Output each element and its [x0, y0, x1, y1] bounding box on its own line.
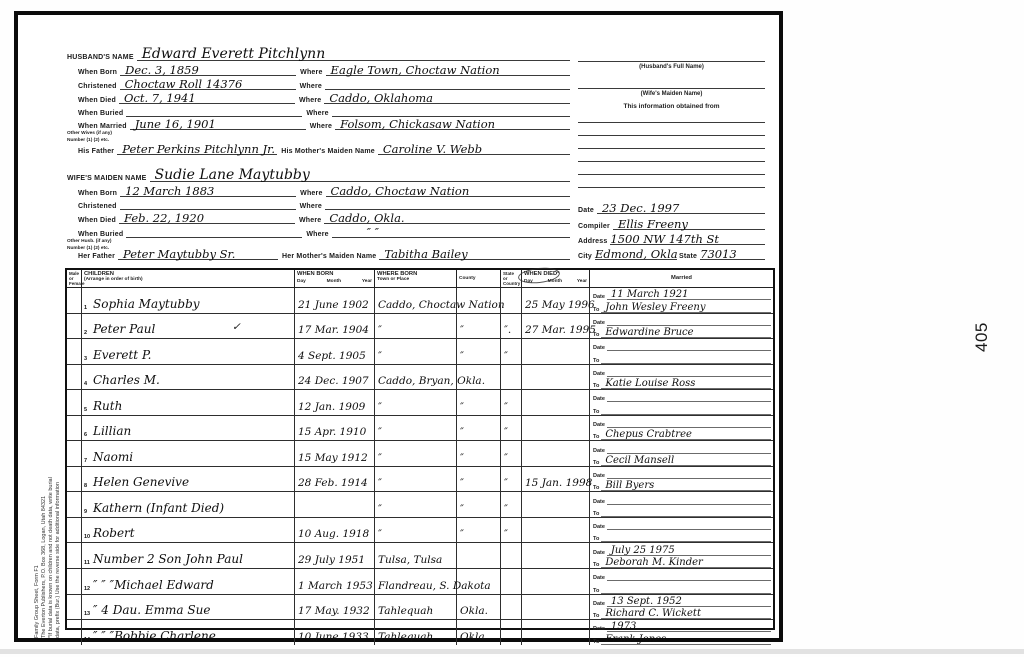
child-row: 12 ″ ″ ″Michael Edward 1 March 1953 Flan…: [67, 569, 773, 595]
child-married-date: Date 1973: [590, 620, 773, 632]
child-name: Lillian: [93, 424, 131, 438]
child-born-state-cell: ″: [501, 441, 522, 466]
child-name: Helen Genevive: [93, 475, 189, 489]
wife-father-value: Peter Maytubby Sr.: [123, 247, 235, 261]
state-value: 73013: [700, 247, 737, 261]
child-married-to: To Cecil Mansell: [590, 454, 773, 466]
child-name-cell: 9 Kathern (Infant Died): [82, 492, 295, 517]
child-sex-cell: [67, 390, 82, 415]
scan-edge-shadow: [0, 649, 1024, 654]
child-died-cell: [522, 441, 590, 466]
child-married-cell: Date 13 Sept. 1952 To Richard C. Wickett: [590, 595, 773, 620]
child-born-county-cell: [457, 365, 501, 390]
child-born-state-cell: ″: [501, 390, 522, 415]
scanned-family-group-sheet: HUSBAND'S NAME Edward Everett Pitchlynn …: [0, 0, 1024, 657]
header-when-died: WHEN DIED* DayMonthYear: [522, 270, 590, 288]
child-married-to-value: Katie Louise Ross: [605, 378, 695, 389]
child-died-cell: [522, 595, 590, 620]
husband-married-value: June 16, 1901: [135, 117, 216, 131]
child-row: 2 Peter Paul ✓ 17 Mar. 1904 ″ ″ ″. 27 Ma…: [67, 314, 773, 340]
child-born-cell: 29 July 1951: [295, 543, 375, 568]
child-married-cell: Date To: [590, 492, 773, 517]
child-married-to-value: John Wesley Freeny: [605, 302, 705, 313]
child-name-cell: 10 Robert: [82, 518, 295, 543]
child-born-state-cell: ″: [501, 492, 522, 517]
child-sex-cell: [67, 314, 82, 339]
child-married-to: To Frank Jones: [590, 632, 773, 644]
child-born-cell: 15 May 1912: [295, 441, 375, 466]
child-married-date-value: 11 March 1921: [611, 289, 689, 300]
child-born-county-cell: ″: [457, 416, 501, 441]
child-married-to: To Katie Louise Ross: [590, 377, 773, 389]
child-married-date: Date July 25 1975: [590, 543, 773, 555]
child-number: 14: [84, 637, 90, 643]
child-born-cell: [295, 492, 375, 517]
child-married-date: Date: [590, 339, 773, 351]
compiled-date-value: 23 Dec. 1997: [602, 201, 679, 215]
child-name-cell: 7 Naomi: [82, 441, 295, 466]
child-name: Naomi: [93, 450, 133, 464]
child-number: 6: [84, 432, 87, 438]
child-born-county-cell: [457, 543, 501, 568]
child-married-date: Date 13 Sept. 1952: [590, 595, 773, 607]
child-married-to: To Deborah M. Kinder: [590, 556, 773, 568]
child-born-state-cell: ″.: [501, 314, 522, 339]
child-born-county-cell: Okla.: [457, 595, 501, 620]
child-row: 8 Helen Genevive 28 Feb. 1914 ″ ″ ″ 15 J…: [67, 467, 773, 493]
header-sex: Male or Female: [67, 270, 82, 288]
child-married-cell: Date To Chepus Crabtree: [590, 416, 773, 441]
child-died-cell: [522, 390, 590, 415]
child-number: 8: [84, 483, 87, 489]
child-married-date-value: 13 Sept. 1952: [611, 596, 682, 607]
child-row: 5 Ruth 12 Jan. 1909 ″ ″ ″ Date To: [67, 390, 773, 416]
child-born-state-cell: ″: [501, 467, 522, 492]
child-died-cell: [522, 620, 590, 645]
address-row: Address 1500 NW 147th St: [578, 230, 765, 245]
child-name-cell: 12 ″ ″ ″Michael Edward: [82, 569, 295, 594]
child-number: 2: [84, 330, 87, 336]
child-name-cell: 6 Lillian: [82, 416, 295, 441]
source-line: [578, 173, 765, 188]
child-number: 4: [84, 381, 87, 387]
child-died-cell: [522, 339, 590, 364]
child-born-county-cell: ″: [457, 390, 501, 415]
child-married-date: Date: [590, 416, 773, 428]
child-born-cell: 10 June 1933: [295, 620, 375, 645]
header-where-born: WHERE BORN Town or Place: [375, 270, 457, 288]
child-born-town-cell: Caddo, Bryan, Okla.: [375, 365, 457, 390]
child-born-state-cell: ″: [501, 339, 522, 364]
child-born-cell: 1 March 1953: [295, 569, 375, 594]
child-married-cell: Date To Bill Byers: [590, 467, 773, 492]
child-died-cell: [522, 543, 590, 568]
child-born-cell: 24 Dec. 1907: [295, 365, 375, 390]
child-sex-cell: [67, 620, 82, 645]
child-born-state-cell: ″: [501, 518, 522, 543]
child-married-to: To John Wesley Freeny: [590, 300, 773, 312]
child-married-to: To: [590, 351, 773, 363]
husband-fullname-line: [578, 47, 765, 62]
city-value: Edmond, Okla: [595, 247, 678, 261]
publisher-note: Family Group Sheet, Form F1 The Everton …: [34, 273, 62, 638]
child-row: 13 ″ 4 Dau. Emma Sue 17 May. 1932 Tahleq…: [67, 595, 773, 621]
child-row: 1 Sophia Maytubby 21 June 1902 Caddo, Ch…: [67, 288, 773, 314]
child-name-cell: 14 ″ ″ ″Bobbie Charlene: [82, 620, 295, 645]
wife-mother-value: Tabitha Bailey: [384, 247, 467, 261]
child-married-cell: Date 1973 To Frank Jones: [590, 620, 773, 645]
child-number: 11: [84, 560, 90, 566]
children-table: Male or Female CHILDREN (Arrange in orde…: [65, 268, 775, 630]
child-name-cell: 2 Peter Paul ✓: [82, 314, 295, 339]
child-sex-cell: [67, 441, 82, 466]
child-born-town-cell: ″: [375, 314, 457, 339]
child-name-cell: 5 Ruth: [82, 390, 295, 415]
child-born-town-cell: Tahlequah: [375, 620, 457, 645]
husband-married-row: When Married June 16, 1901 Where Folsom,…: [78, 115, 570, 130]
child-name: Kathern (Infant Died): [93, 501, 224, 515]
child-married-to-value: Deborah M. Kinder: [605, 557, 703, 568]
child-died-cell: 25 May 1996: [522, 288, 590, 313]
child-married-cell: Date To: [590, 390, 773, 415]
wife-buried-row: When Buried Where ″ ″: [78, 223, 570, 238]
child-born-town-cell: ″: [375, 416, 457, 441]
child-married-date: Date: [590, 569, 773, 581]
wife-father-row: Her Father Peter Maytubby Sr. Her Mother…: [78, 245, 570, 260]
child-born-county-cell: ″: [457, 441, 501, 466]
child-married-to: To Edwardine Bruce: [590, 326, 773, 338]
child-number: 12: [84, 586, 90, 592]
child-row: 4 Charles M. 24 Dec. 1907 Caddo, Bryan, …: [67, 365, 773, 391]
child-born-county-cell: [457, 288, 501, 313]
child-born-cell: 17 Mar. 1904: [295, 314, 375, 339]
child-number: 10: [84, 534, 90, 540]
child-born-county-cell: ″: [457, 492, 501, 517]
child-born-state-cell: [501, 620, 522, 645]
child-sex-cell: [67, 365, 82, 390]
child-married-to: To: [590, 530, 773, 542]
child-married-cell: Date To Katie Louise Ross: [590, 365, 773, 390]
child-sex-cell: [67, 467, 82, 492]
child-born-state-cell: [501, 365, 522, 390]
child-name: Robert: [93, 526, 135, 540]
child-born-cell: 4 Sept. 1905: [295, 339, 375, 364]
children-table-body: 1 Sophia Maytubby 21 June 1902 Caddo, Ch…: [67, 288, 773, 645]
child-name: Peter Paul: [93, 322, 155, 336]
wife-name-row: WIFE'S MAIDEN NAME Sudie Lane Maytubby: [67, 165, 570, 182]
child-married-date: Date: [590, 390, 773, 402]
child-married-to-value: Bill Byers: [605, 480, 654, 491]
husband-mother-value: Caroline V. Webb: [383, 142, 482, 156]
header-when-born: WHEN BORN DayMonthYear: [295, 270, 375, 288]
child-name-cell: 1 Sophia Maytubby: [82, 288, 295, 313]
child-born-state-cell: [501, 595, 522, 620]
children-table-header: Male or Female CHILDREN (Arrange in orde…: [67, 270, 773, 288]
child-row: 9 Kathern (Infant Died) ″ ″ ″ Date To: [67, 492, 773, 518]
child-name: ″ 4 Dau. Emma Sue: [93, 603, 210, 617]
child-married-date: Date 11 March 1921: [590, 288, 773, 300]
child-name-cell: 8 Helen Genevive: [82, 467, 295, 492]
child-married-cell: Date To: [590, 339, 773, 364]
child-married-cell: Date July 25 1975 To Deborah M. Kinder: [590, 543, 773, 568]
child-married-date-value: July 25 1975: [611, 545, 675, 556]
child-row: 6 Lillian 15 Apr. 1910 ″ ″ ″ Date To Che…: [67, 416, 773, 442]
child-married-date: Date: [590, 365, 773, 377]
child-born-town-cell: ″: [375, 518, 457, 543]
child-born-cell: 17 May. 1932: [295, 595, 375, 620]
child-married-date: Date: [590, 441, 773, 453]
husband-name-row: HUSBAND'S NAME Edward Everett Pitchlynn: [67, 44, 570, 61]
child-born-town-cell: ″: [375, 339, 457, 364]
child-sex-cell: [67, 492, 82, 517]
child-name: Number 2 Son John Paul: [93, 552, 243, 566]
child-number: 9: [84, 509, 87, 515]
child-born-cell: 12 Jan. 1909: [295, 390, 375, 415]
wife-maidenname-line: [578, 74, 765, 89]
child-name: ″ ″ ″Michael Edward: [93, 578, 214, 592]
header-married: Married: [590, 270, 773, 288]
child-born-town-cell: ″: [375, 467, 457, 492]
child-married-date-value: 1973: [611, 621, 636, 632]
child-number: 1: [84, 305, 87, 311]
child-name-cell: 13 ″ 4 Dau. Emma Sue: [82, 595, 295, 620]
child-married-to: To: [590, 581, 773, 593]
husband-father-row: His Father Peter Perkins Pitchlynn Jr. H…: [78, 140, 570, 155]
child-married-to: To Chepus Crabtree: [590, 428, 773, 440]
child-born-county-cell: ″: [457, 518, 501, 543]
child-born-town-cell: Caddo, Choctaw Nation: [375, 288, 457, 313]
child-row: 11 Number 2 Son John Paul 29 July 1951 T…: [67, 543, 773, 569]
child-number: 13: [84, 611, 90, 617]
child-died-cell: 15 Jan. 1998: [522, 467, 590, 492]
child-born-cell: 15 Apr. 1910: [295, 416, 375, 441]
child-married-date: Date: [590, 518, 773, 530]
child-married-cell: Date 11 March 1921 To John Wesley Freeny: [590, 288, 773, 313]
child-married-to-value: Edwardine Bruce: [605, 327, 693, 338]
child-married-date: Date: [590, 314, 773, 326]
child-married-cell: Date To: [590, 569, 773, 594]
child-died-cell: [522, 569, 590, 594]
child-born-cell: 21 June 1902: [295, 288, 375, 313]
child-sex-cell: [67, 569, 82, 594]
child-married-to: To: [590, 505, 773, 517]
child-born-cell: 10 Aug. 1918: [295, 518, 375, 543]
child-sex-cell: [67, 595, 82, 620]
child-number: 3: [84, 356, 87, 362]
child-name: Sophia Maytubby: [93, 297, 200, 311]
child-married-to-value: Chepus Crabtree: [605, 429, 692, 440]
child-born-county-cell: ″: [457, 314, 501, 339]
child-row: 14 ″ ″ ″Bobbie Charlene 10 June 1933 Tah…: [67, 620, 773, 645]
child-died-cell: [522, 518, 590, 543]
child-born-town-cell: ″: [375, 390, 457, 415]
child-number: 5: [84, 407, 87, 413]
child-sex-cell: [67, 416, 82, 441]
child-name: Charles M.: [93, 373, 160, 387]
child-born-county-cell: Okla: [457, 620, 501, 645]
compiler-row: Compiler Ellis Freeny: [578, 215, 765, 230]
child-married-to: To Richard C. Wickett: [590, 607, 773, 619]
husband-married-where: Folsom, Chickasaw Nation: [340, 117, 495, 131]
child-died-cell: [522, 492, 590, 517]
child-married-cell: Date To Cecil Mansell: [590, 441, 773, 466]
child-died-cell: 27 Mar. 1995: [522, 314, 590, 339]
child-name: Everett P.: [93, 348, 151, 362]
child-born-county-cell: ″: [457, 467, 501, 492]
child-born-town-cell: ″: [375, 492, 457, 517]
child-born-town-cell: Flandreau, S. Dakota: [375, 569, 457, 594]
page-number: 405: [972, 322, 992, 352]
child-name-cell: 3 Everett P.: [82, 339, 295, 364]
husband-father-value: Peter Perkins Pitchlynn Jr.: [122, 142, 275, 156]
child-number: 7: [84, 458, 87, 464]
child-name-mark: ✓: [232, 321, 241, 333]
city-state-row: City Edmond, Okla State 73013: [578, 245, 765, 260]
child-married-to-value: Richard C. Wickett: [605, 608, 701, 619]
child-married-to-value: Cecil Mansell: [605, 455, 674, 466]
child-born-county-cell: ″: [457, 339, 501, 364]
compiled-date-row: Date 23 Dec. 1997: [578, 199, 765, 214]
child-born-town-cell: Tahlequah: [375, 595, 457, 620]
child-row: 7 Naomi 15 May 1912 ″ ″ ″ Date To Cecil …: [67, 441, 773, 467]
child-married-to: To Bill Byers: [590, 479, 773, 491]
child-born-cell: 28 Feb. 1914: [295, 467, 375, 492]
child-sex-cell: [67, 288, 82, 313]
child-name-cell: 11 Number 2 Son John Paul: [82, 543, 295, 568]
child-born-county-cell: [457, 569, 501, 594]
wife-maidenname-caption: (Wife's Maiden Name): [578, 91, 765, 97]
child-born-town-cell: ″: [375, 441, 457, 466]
header-children: CHILDREN (Arrange in order of birth): [82, 270, 295, 288]
child-name: ″ ″ ″Bobbie Charlene: [93, 629, 216, 643]
child-born-state-cell: ″: [501, 416, 522, 441]
husband-fullname-caption: (Husband's Full Name): [578, 64, 765, 70]
child-died-cell: [522, 416, 590, 441]
child-name-cell: 4 Charles M.: [82, 365, 295, 390]
child-born-town-cell: Tulsa, Tulsa: [375, 543, 457, 568]
child-born-state-cell: [501, 288, 522, 313]
child-sex-cell: [67, 543, 82, 568]
child-born-state-cell: [501, 543, 522, 568]
child-married-cell: Date To: [590, 518, 773, 543]
child-married-to: To: [590, 402, 773, 414]
header-county: County: [457, 270, 501, 288]
child-sex-cell: [67, 339, 82, 364]
child-name: Ruth: [93, 399, 122, 413]
child-row: 3 Everett P. 4 Sept. 1905 ″ ″ ″ Date To: [67, 339, 773, 365]
child-born-state-cell: [501, 569, 522, 594]
child-sex-cell: [67, 518, 82, 543]
child-married-date: Date: [590, 467, 773, 479]
child-died-cell: [522, 365, 590, 390]
child-married-cell: Date To Edwardine Bruce: [590, 314, 773, 339]
child-row: 10 Robert 10 Aug. 1918 ″ ″ ″ Date To: [67, 518, 773, 544]
child-married-to-value: Frank Jones: [605, 634, 666, 645]
child-married-date: Date: [590, 492, 773, 504]
